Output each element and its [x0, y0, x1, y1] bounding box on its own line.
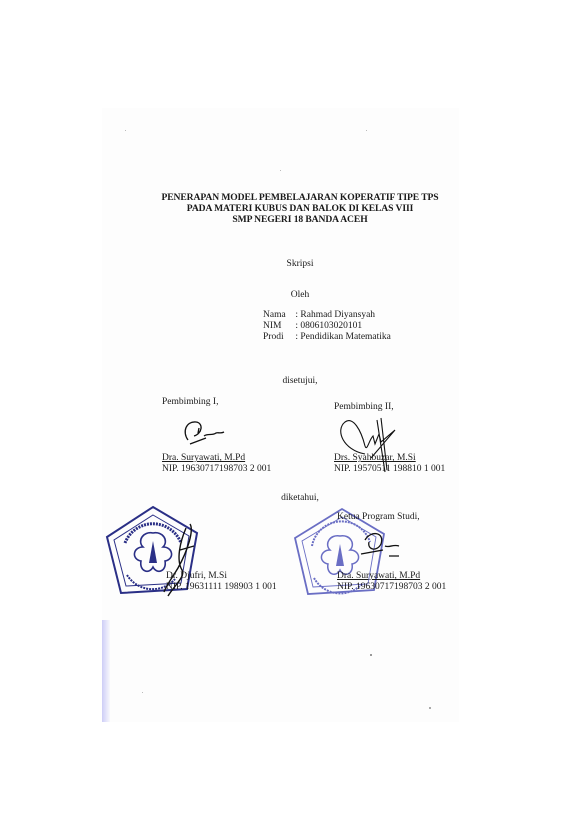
signature-supervisor-1: [180, 418, 230, 448]
head-of-program-role: Ketua Program Studi,: [337, 512, 420, 522]
author-prodi-value: : Pendidikan Matematika: [295, 332, 391, 342]
author-name-row: Nama : Rahmad Diyansyah: [263, 310, 375, 320]
scan-edge-shadow: [102, 620, 110, 722]
title-line-1: PENERAPAN MODEL PEMBELAJARAN KOPERATIF T…: [150, 192, 450, 203]
author-nim-label: NIM: [263, 321, 293, 331]
acknowledged-label: diketahui,: [150, 493, 450, 503]
dean-name: Dr. Djufri, M.Si: [166, 571, 227, 581]
supervisor-1-nip: NIP. 19630717198703 2 001: [162, 464, 271, 474]
head-of-program-nip: NIP. 19630717198703 2 001: [337, 582, 446, 592]
author-prodi-label: Prodi: [263, 332, 293, 342]
title-line-2: PADA MATERI KUBUS DAN BALOK DI KELAS VII…: [150, 203, 450, 214]
head-of-program-name: Dra. Suryawati, M.Pd: [337, 571, 420, 581]
signature-head-of-program: [355, 530, 405, 562]
author-nim-value: : 0806103020101: [295, 321, 362, 331]
supervisor-2-nip: NIP. 19570511 198810 1 001: [334, 464, 445, 474]
approved-label: disetujui,: [150, 376, 450, 386]
author-name-label: Nama: [263, 310, 293, 320]
supervisor-2-name: Drs. Syahbuzar, M.Si: [334, 453, 416, 463]
document-type: Skripsi: [150, 259, 450, 269]
supervisor-1-name: Dra. Suryawati, M.Pd: [162, 453, 245, 463]
by-label: Oleh: [150, 290, 450, 300]
dean-nip: NIP. 19631111 198903 1 001: [166, 582, 277, 592]
supervisor-1-role: Pembimbing I,: [162, 397, 218, 407]
thesis-title: PENERAPAN MODEL PEMBELAJARAN KOPERATIF T…: [150, 192, 450, 225]
author-name-value: : Rahmad Diyansyah: [295, 310, 375, 320]
author-prodi-row: Prodi : Pendidikan Matematika: [263, 332, 391, 342]
title-line-3: SMP NEGERI 18 BANDA ACEH: [150, 214, 450, 225]
author-nim-row: NIM : 0806103020101: [263, 321, 362, 331]
